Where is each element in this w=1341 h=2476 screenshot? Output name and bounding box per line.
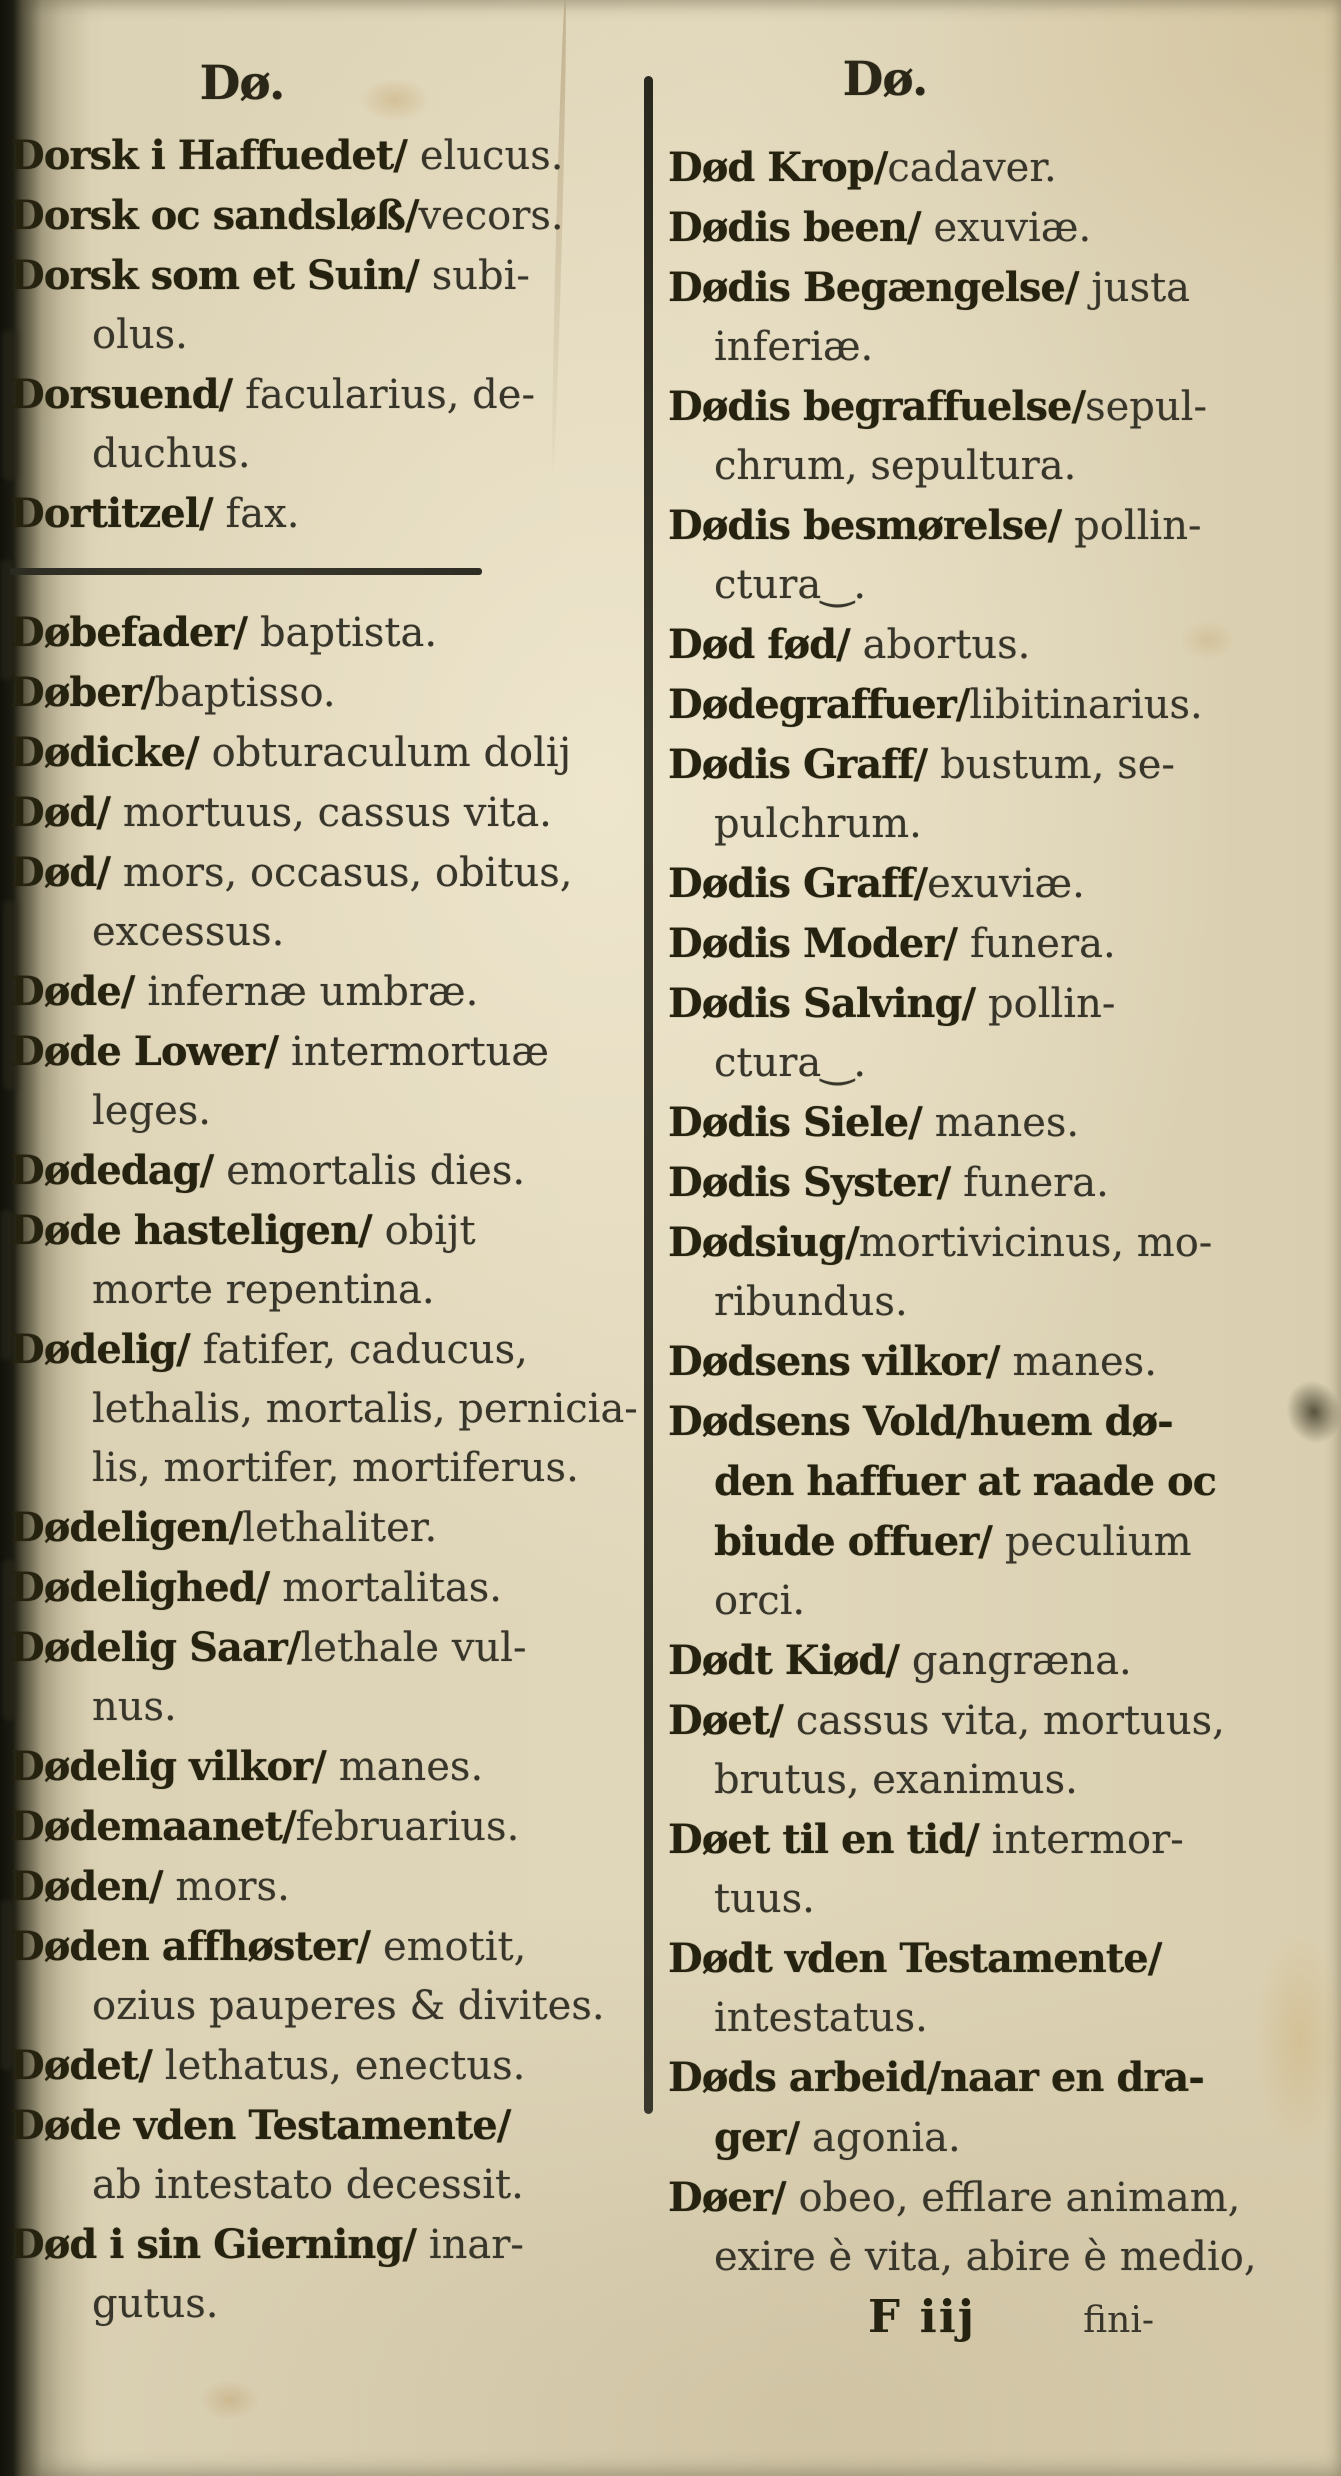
- left-column: Dorsk i Haffuedet/ elucus.Dorsk oc sands…: [10, 126, 644, 2334]
- headword-segment: Dødis Siele/: [668, 1099, 935, 1146]
- headword-segment: Dødis Graff/: [668, 741, 940, 788]
- headword-segment: Død i sin Gierning/: [10, 2221, 429, 2268]
- dictionary-entry: Død/ mors, occasus, obitus, excessus.: [10, 843, 644, 962]
- dictionary-entry: Dorsk som et Suin/ subi- olus.: [10, 246, 644, 365]
- gloss-segment: exuviæ.: [927, 861, 1085, 907]
- dictionary-entry: Døden affhøster/ emotit, ozius pauperes …: [10, 1917, 644, 2036]
- headword-segment: Døet/: [668, 1697, 796, 1744]
- gloss-segment: infernæ umbræ.: [147, 969, 478, 1015]
- dictionary-entry: Dødelig Saar/lethale vul- nus.: [10, 1618, 644, 1737]
- gloss-segment: baptista.: [260, 610, 437, 656]
- gloss-segment: februarius.: [296, 1804, 520, 1850]
- dictionary-entry: Døden/ mors.: [10, 1857, 644, 1917]
- right-column: Død Krop/cadaver.Dødis been/ exuviæ.Dødi…: [668, 138, 1334, 2350]
- headword-segment: Dødis begraffuelse/: [668, 383, 1085, 430]
- dictionary-entry: Dødis Salving/ pollin- ctura‿.: [668, 974, 1334, 1093]
- headword-segment: Dødelig/: [10, 1326, 203, 1373]
- dictionary-entry: Døet til en tid/ intermor- tuus.: [668, 1810, 1334, 1929]
- headword-segment: Døden affhøster/: [10, 1923, 383, 1970]
- dictionary-entry: Dødis Syster/ funera.: [668, 1153, 1334, 1213]
- dictionary-entry: Død Krop/cadaver.: [668, 138, 1334, 198]
- dictionary-entry: Dødis Moder/ funera.: [668, 914, 1334, 974]
- column-divider-rule: [644, 76, 653, 2114]
- dictionary-entry: Dortitzel/ fax.: [10, 484, 644, 544]
- paper-stain: [200, 2380, 260, 2420]
- headword-segment: Dorsk som et Suin/: [10, 252, 432, 299]
- headword-segment: Dødelig vilkor/: [10, 1743, 339, 1790]
- headword-segment: Dødis besmørelse/: [668, 502, 1074, 549]
- dictionary-entry: Dødis Graff/ bustum, se- pulchrum.: [668, 735, 1334, 854]
- headword-segment: Dødis Syster/: [668, 1159, 963, 1206]
- gloss-segment: obturaculum dolij: [212, 730, 572, 776]
- section-divider-rule: [10, 568, 482, 575]
- running-head-right: Dø.: [770, 52, 1000, 107]
- paper-stain: [360, 78, 430, 122]
- headword-segment: Dødelighed/: [10, 1564, 282, 1611]
- dictionary-entry: Dødis Graff/exuviæ.: [668, 854, 1334, 914]
- dictionary-entry: Dødt vden Testamente/ intestatus.: [668, 1929, 1334, 2048]
- headword-segment: Dødedag/: [10, 1147, 226, 1194]
- gloss-segment: gangræna.: [912, 1638, 1132, 1684]
- gloss-segment: cadaver.: [887, 145, 1056, 191]
- headword-segment: Død/: [10, 849, 123, 896]
- dictionary-entry: Dødelighed/ mortalitas.: [10, 1558, 644, 1618]
- headword-segment: Dødis Graff/: [668, 860, 927, 907]
- dictionary-entry: Dødegraffuer/libitinarius.: [668, 675, 1334, 735]
- dictionary-entry: Døde vden Testamente/ ab intestato deces…: [10, 2096, 644, 2215]
- dictionary-entry: Dorsuend/ facularius, de- duchus.: [10, 365, 644, 484]
- headword-segment: Døber/: [10, 669, 154, 716]
- headword-segment: Døbefader/: [10, 609, 260, 656]
- gloss-segment: libitinarius.: [969, 682, 1202, 728]
- headword-segment: Dorsk i Haffuedet/: [10, 132, 420, 179]
- dictionary-entry: Dødelig vilkor/ manes.: [10, 1737, 644, 1797]
- dictionary-entry: Dødedag/ emortalis dies.: [10, 1141, 644, 1201]
- gloss-segment: mortuus, cassus vita.: [123, 790, 552, 836]
- dictionary-entry: Dødicke/ obturaculum dolij: [10, 723, 644, 783]
- gloss-segment: fax.: [225, 491, 299, 537]
- dictionary-entry: Dødis Begængelse/ justa inferiæ.: [668, 258, 1334, 377]
- gloss-segment: mors.: [175, 1864, 289, 1910]
- dictionary-entry: Døber/baptisso.: [10, 663, 644, 723]
- dictionary-entry: Dødis been/ exuviæ.: [668, 198, 1334, 258]
- headword-segment: Død fød/: [668, 621, 863, 668]
- gloss-segment: ab intestato decessit.: [92, 2162, 524, 2208]
- gloss-segment: manes.: [1012, 1339, 1156, 1385]
- dictionary-entry: Døde/ infernæ umbræ.: [10, 962, 644, 1022]
- headword-segment: Dødet/: [10, 2042, 165, 2089]
- dictionary-entry: Død/ mortuus, cassus vita.: [10, 783, 644, 843]
- dictionary-entry: Dorsk oc sandsløß/vecors.: [10, 186, 644, 246]
- headword-segment: Dødsiug/: [668, 1219, 859, 1266]
- headword-segment: Død/: [10, 789, 123, 836]
- gloss-segment: manes.: [935, 1100, 1079, 1146]
- dictionary-entry: Dødelig/ fatifer, caducus, lethalis, mor…: [10, 1320, 644, 1498]
- headword-segment: Dorsuend/: [10, 371, 245, 418]
- gloss-segment: mortalitas.: [282, 1565, 502, 1611]
- gloss-segment: lethatus, enectus.: [165, 2043, 526, 2089]
- dictionary-entry: Døbefader/ baptista.: [10, 603, 644, 663]
- headword-segment: Dødemaanet/: [10, 1803, 296, 1850]
- dictionary-entry: Dødis begraffuelse/sepul- chrum, sepultu…: [668, 377, 1334, 496]
- dictionary-entry: Dødemaanet/februarius.: [10, 1797, 644, 1857]
- headword-segment: Dødt Kiød/: [668, 1637, 912, 1684]
- gloss-segment: abortus.: [863, 622, 1031, 668]
- gloss-segment: agonia.: [812, 2115, 961, 2161]
- headword-segment: Døet til en tid/: [668, 1816, 992, 1863]
- headword-segment: Dorsk oc sandsløß/: [10, 192, 418, 239]
- headword-segment: Døde vden Testamente/: [10, 2102, 510, 2149]
- gloss-segment: intestatus.: [714, 1995, 928, 2041]
- headword-segment: Dødegraffuer/: [668, 681, 969, 728]
- gloss-segment: elucus.: [420, 133, 564, 179]
- headword-segment: Døer/: [668, 2174, 798, 2221]
- dictionary-entry: Død fød/ abortus.: [668, 615, 1334, 675]
- gloss-segment: exuviæ.: [933, 205, 1091, 251]
- page-footer: F iij fini-: [668, 2287, 1334, 2350]
- dictionary-entry: Dødet/ lethatus, enectus.: [10, 2036, 644, 2096]
- headword-segment: Dødt vden Testamente/: [668, 1935, 1161, 1982]
- catchword: fini-: [1083, 2291, 1154, 2350]
- gloss-segment: mors, occasus, obitus, excessus.: [92, 850, 573, 955]
- headword-segment: Dødelig Saar/: [10, 1624, 300, 1671]
- headword-segment: Dødis Moder/: [668, 920, 970, 967]
- dictionary-entry: Dødeligen/lethaliter.: [10, 1498, 644, 1558]
- dictionary-entry: Dødsens Vold/huem dø- den haffuer at raa…: [668, 1392, 1334, 1631]
- headword-segment: Døde Lower/: [10, 1028, 291, 1075]
- dictionary-entry: Dødt Kiød/ gangræna.: [668, 1631, 1334, 1691]
- dictionary-entry: Døde hasteligen/ obijt morte repentina.: [10, 1201, 644, 1320]
- headword-segment: Dødeligen/: [10, 1504, 242, 1551]
- quire-signature: F iij: [868, 2287, 976, 2346]
- gloss-segment: funera.: [970, 921, 1116, 967]
- dictionary-entry: Dødis Siele/ manes.: [668, 1093, 1334, 1153]
- headword-segment: Dødis Begængelse/: [668, 264, 1091, 311]
- gloss-segment: vecors.: [418, 193, 563, 239]
- headword-segment: Døden/: [10, 1863, 175, 1910]
- dictionary-entry: Døde Lower/ intermortuæ leges.: [10, 1022, 644, 1141]
- book-page-scan: Dø. Dø. Dorsk i Haffuedet/ elucus.Dorsk …: [0, 0, 1341, 2476]
- dictionary-entry: Dødsiug/mortivicinus, mo- ribundus.: [668, 1213, 1334, 1332]
- dictionary-entry: Døds arbeid/naar en dra- ger/ agonia.: [668, 2048, 1334, 2168]
- gloss-segment: emortalis dies.: [226, 1148, 525, 1194]
- headword-segment: Død Krop/: [668, 144, 887, 191]
- gloss-segment: manes.: [339, 1744, 483, 1790]
- dictionary-entry: Dødis besmørelse/ pollin- ctura‿.: [668, 496, 1334, 615]
- headword-segment: Dødsens vilkor/: [668, 1338, 1012, 1385]
- dictionary-entry: Døet/ cassus vita, mortuus, brutus, exan…: [668, 1691, 1334, 1810]
- gloss-segment: lethaliter.: [242, 1505, 437, 1551]
- headword-segment: Døde hasteligen/: [10, 1207, 385, 1254]
- headword-segment: Døde/: [10, 968, 147, 1015]
- headword-segment: Dødis Salving/: [668, 980, 988, 1027]
- headword-segment: Dortitzel/: [10, 490, 225, 537]
- gloss-segment: baptisso.: [154, 670, 335, 716]
- dictionary-entry: Dorsk i Haffuedet/ elucus.: [10, 126, 644, 186]
- dictionary-entry: Dødsens vilkor/ manes.: [668, 1332, 1334, 1392]
- dictionary-entry: Død i sin Gierning/ inar- gutus.: [10, 2215, 644, 2334]
- headword-segment: Dødicke/: [10, 729, 212, 776]
- headword-segment: Dødis been/: [668, 204, 933, 251]
- gloss-segment: funera.: [963, 1160, 1109, 1206]
- dictionary-entry: Døer/ obeo, efflare animam, exire è vita…: [668, 2168, 1334, 2287]
- running-head-left: Dø.: [127, 56, 357, 111]
